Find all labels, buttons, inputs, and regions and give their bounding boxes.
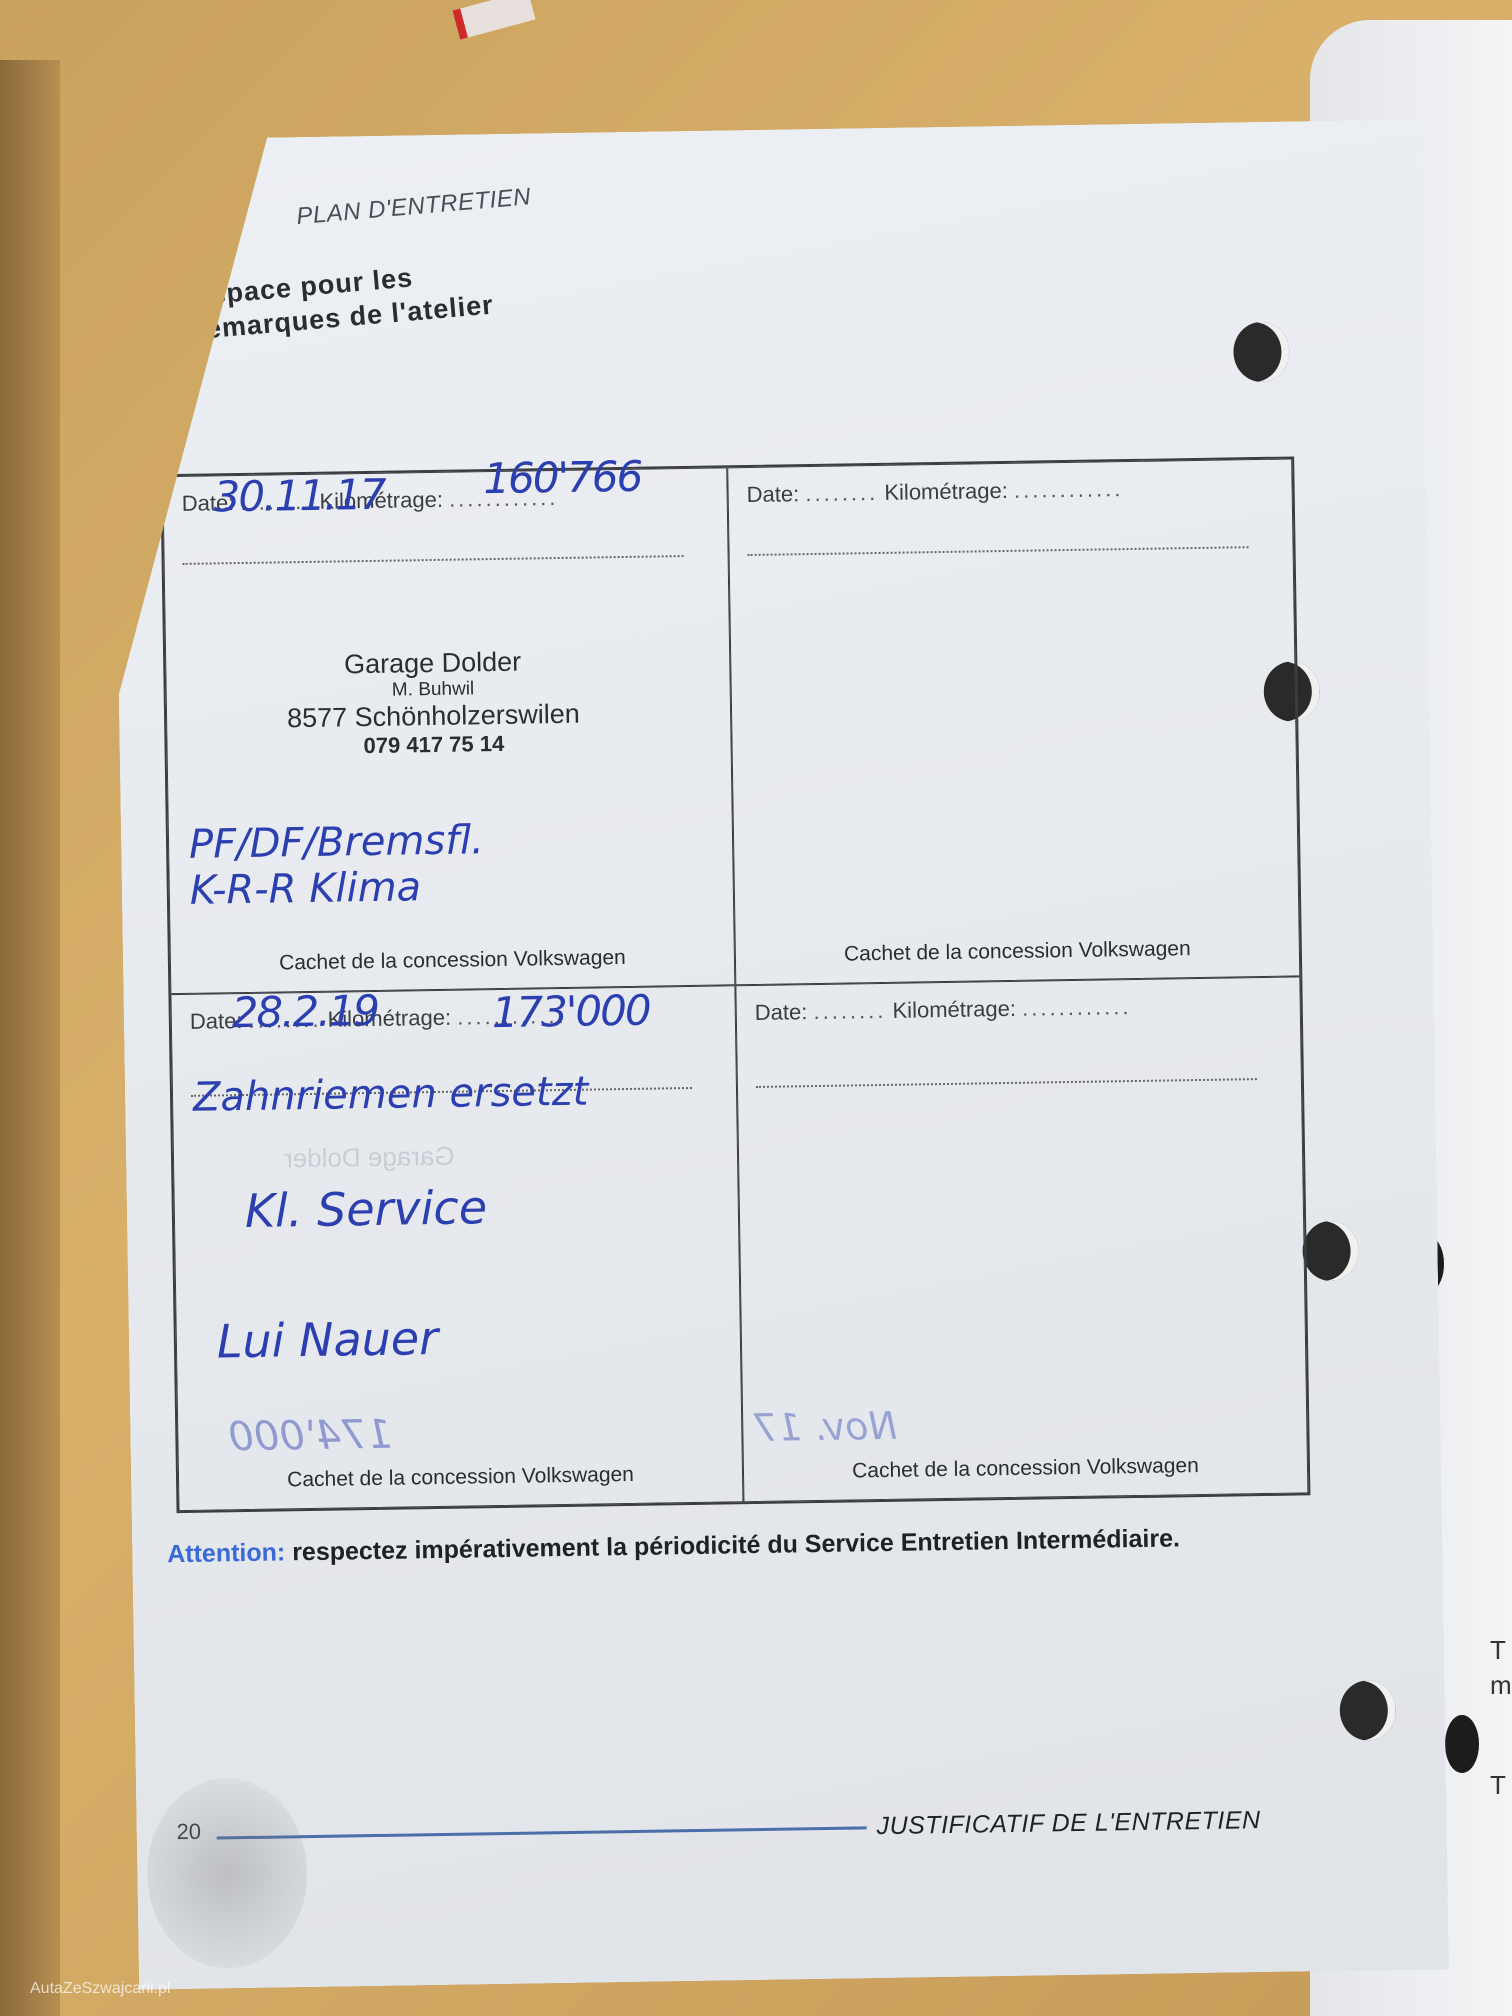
stamp-name: Garage Dolder: [286, 646, 579, 682]
date-dots: ........: [813, 997, 886, 1023]
smudge: [146, 1777, 309, 1969]
attention-notice: Attention: respectez impérativement la p…: [167, 1521, 1317, 1569]
entry-cell-top-left: Date: ........ Kilométrage: ............…: [162, 467, 735, 993]
date-label: Date:: [746, 481, 799, 507]
date-km-row: Date: ........ Kilométrage: ............: [746, 474, 1273, 508]
offset-imprint: 174'000: [228, 1411, 392, 1460]
red-tab-marker: [452, 0, 535, 40]
dotted-rule: [748, 546, 1249, 556]
dealer-stamp-label: Cachet de la concession Volkswagen: [179, 1461, 742, 1494]
handwritten-km: 173'000: [491, 985, 650, 1036]
entry-cell-bottom-left: Date: ........ Kilométrage: ............…: [170, 985, 743, 1511]
entry-cell-bottom-right: Date: ........ Kilométrage: ............…: [735, 976, 1308, 1502]
attention-text: respectez impérativement la périodicité …: [292, 1524, 1180, 1566]
adjacent-page-text: m: [1490, 1670, 1512, 1701]
offset-stamp-imprint: Garage Dolder: [284, 1140, 455, 1174]
binder-hole: [1339, 1680, 1396, 1741]
binder-hole: [1233, 322, 1290, 383]
watermark: AutaZeSzwajcarii.pl: [30, 1980, 171, 1998]
note-line: PF/DF/Bremsfl.: [189, 817, 484, 868]
signature: Lui Nauer: [216, 1310, 438, 1367]
km-dots: ............: [1022, 994, 1132, 1021]
km-label: Kilométrage:: [884, 478, 1008, 505]
handwritten-date: 30.11.17: [213, 470, 385, 522]
offset-imprint: Nov. 17: [753, 1403, 897, 1449]
handwritten-notes: PF/DF/Bremsfl. K-R-R Klima: [189, 817, 485, 914]
dotted-rule: [756, 1078, 1257, 1088]
garage-stamp: Garage Dolder M. Buhwil 8577 Schönholzer…: [286, 646, 580, 761]
service-booklet-page: PLAN D'ENTRETIEN Espace pour les remarqu…: [110, 119, 1449, 1989]
dealer-stamp-label: Cachet de la concession Volkswagen: [744, 1452, 1307, 1485]
date-km-row: Date: ........ Kilométrage: ............: [755, 991, 1282, 1025]
adjacent-page-text: T: [1490, 1770, 1506, 1801]
date-label: Date:: [755, 999, 808, 1025]
page-footer: 20 JUSTIFICATIF DE L'ENTRETIEN: [176, 1801, 1326, 1859]
note-line: K-R-R Klima: [189, 863, 484, 914]
binder-hole: [1302, 1221, 1359, 1282]
handwritten-date: 28.2.19: [231, 985, 378, 1036]
stamp-address: 8577 Schönholzerswilen: [287, 699, 580, 735]
stamp-phone: 079 417 75 14: [287, 730, 580, 761]
entry-cell-top-right: Date: ........ Kilométrage: ............…: [727, 458, 1300, 984]
dealer-stamp-label: Cachet de la concession Volkswagen: [171, 944, 734, 977]
page-header: PLAN D'ENTRETIEN: [295, 183, 532, 231]
note-line: Zahnriemen ersetzt: [193, 1068, 589, 1120]
remarks-table: Date: ........ Kilométrage: ............…: [160, 456, 1310, 1513]
km-label: Kilométrage:: [892, 995, 1016, 1022]
attention-label: Attention:: [167, 1538, 285, 1568]
section-title: Espace pour les remarques de l'atelier: [190, 254, 495, 347]
binder-hole: [1445, 1715, 1479, 1773]
footer-rule: [217, 1826, 867, 1839]
handwritten-km: 160'766: [483, 452, 642, 503]
footer-title: JUSTIFICATIF DE L'ENTRETIEN: [876, 1806, 1260, 1841]
desk-edge: [0, 60, 60, 2016]
date-dots: ........: [805, 480, 878, 506]
dealer-stamp-label: Cachet de la concession Volkswagen: [736, 935, 1299, 968]
note-line: Kl. Service: [244, 1180, 487, 1238]
dotted-rule: [183, 555, 684, 565]
adjacent-page-text: T: [1490, 1635, 1506, 1666]
km-dots: ............: [1014, 476, 1124, 503]
